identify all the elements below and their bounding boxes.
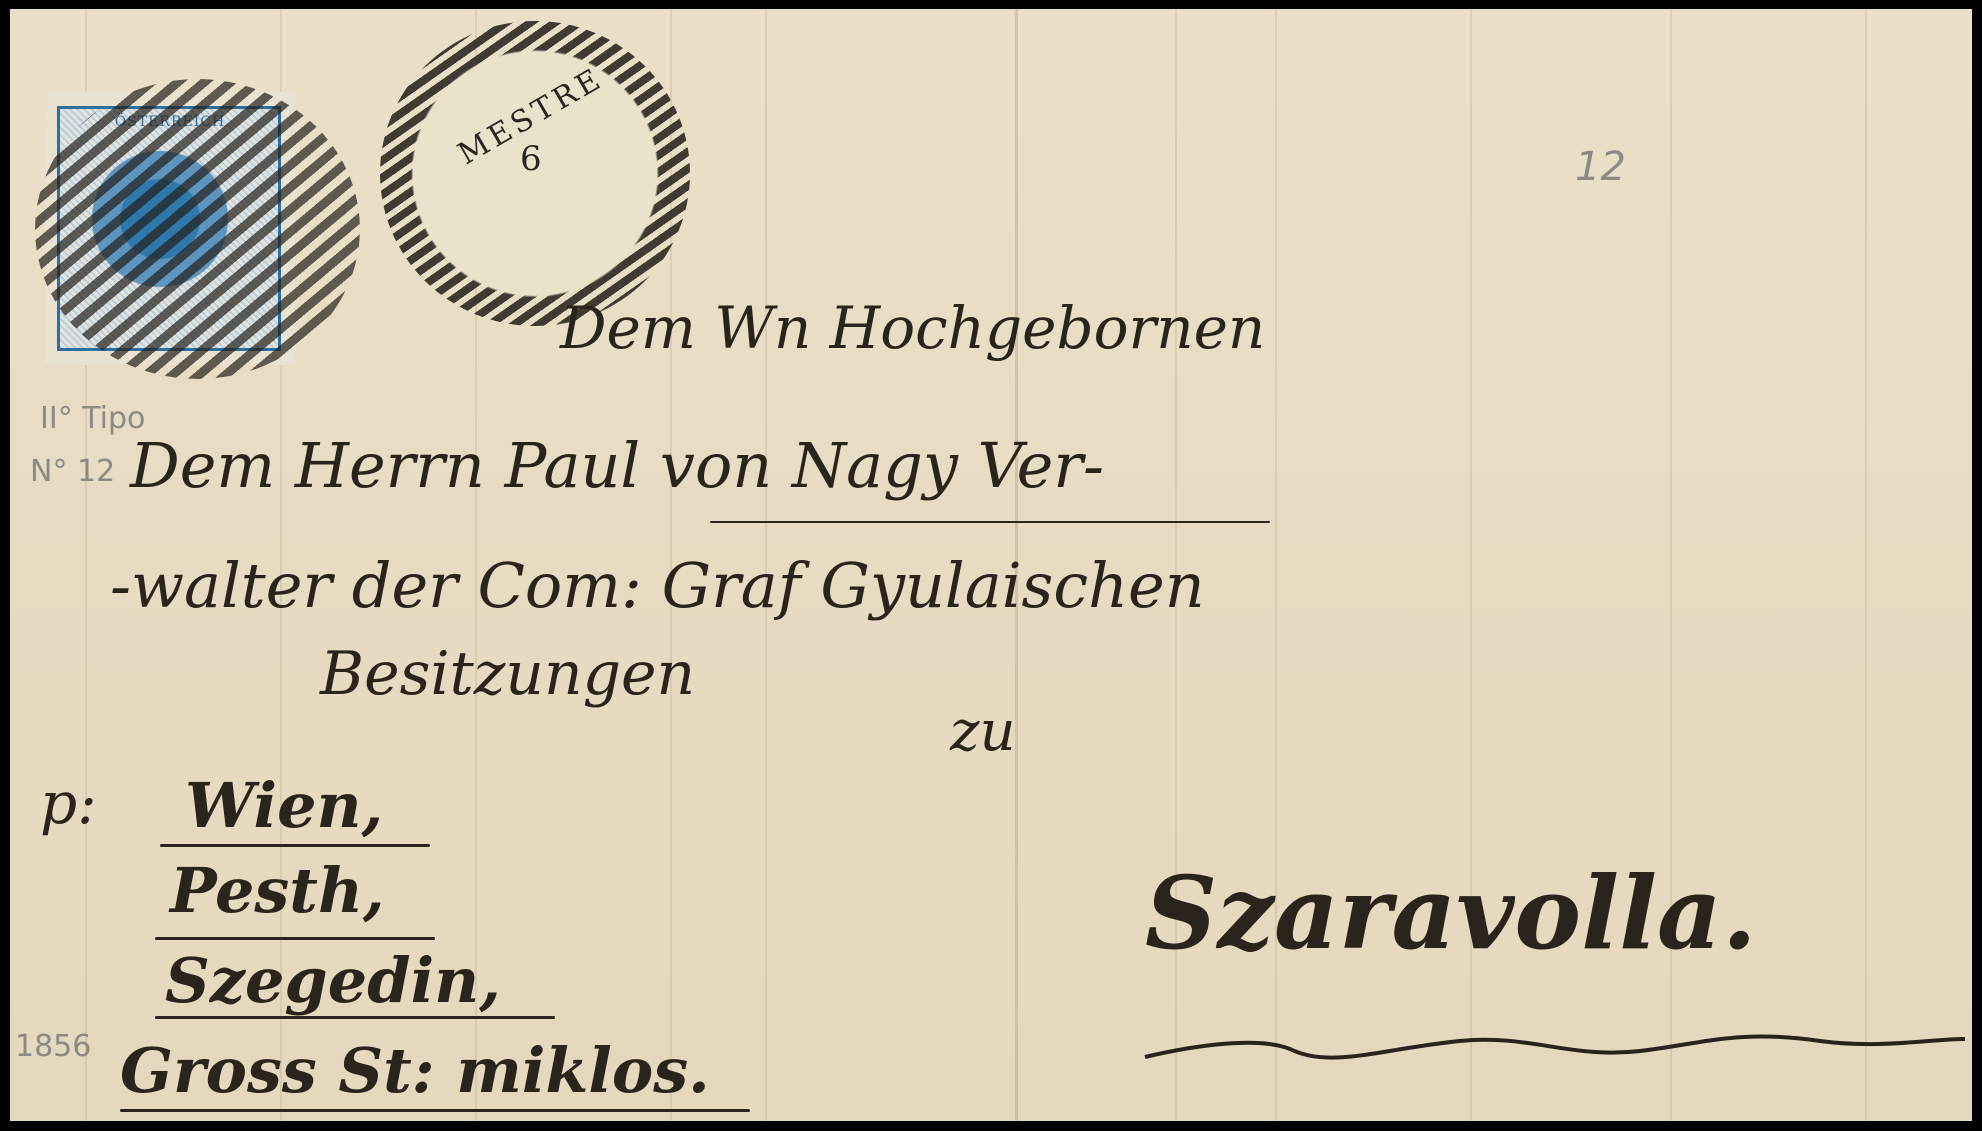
address-line-title: -walter der Com: Graf Gyulaischen	[110, 549, 1205, 622]
routing-stop-1: Wien,	[185, 769, 383, 842]
postmark-day: 6	[520, 139, 542, 179]
routing-stop-3: Szegedin,	[165, 944, 501, 1017]
routing-underline	[160, 844, 430, 847]
routing-underline	[155, 937, 435, 940]
routing-underline	[120, 1109, 750, 1112]
name-underline	[710, 521, 1270, 523]
routing-underline	[155, 1016, 555, 1019]
letter-paper: ÖSTERREICH MESTRE 6 II° Tipo N° 12 1856 …	[10, 9, 1972, 1121]
pencil-year-note: 1856	[15, 1029, 91, 1064]
destination-wavy-underline	[1140, 1019, 1970, 1069]
routing-stop-4: Gross St: miklos.	[120, 1034, 710, 1107]
grid-cancellation	[35, 79, 360, 379]
routing-prefix: p:	[40, 769, 97, 837]
pencil-top-right-note: 12	[1575, 144, 1626, 190]
pencil-number-note: N° 12	[30, 454, 115, 489]
address-line-estates: Besitzungen	[320, 639, 695, 709]
address-salutation: Dem Wn Hochgebornen	[560, 294, 1265, 362]
address-line-zu: zu	[950, 699, 1016, 764]
destination-town: Szaravolla.	[1145, 854, 1757, 972]
paper-rule	[1865, 9, 1867, 1121]
address-line-name: Dem Herrn Paul von Nagy Ver-	[130, 429, 1104, 502]
routing-stop-2: Pesth,	[170, 854, 385, 927]
